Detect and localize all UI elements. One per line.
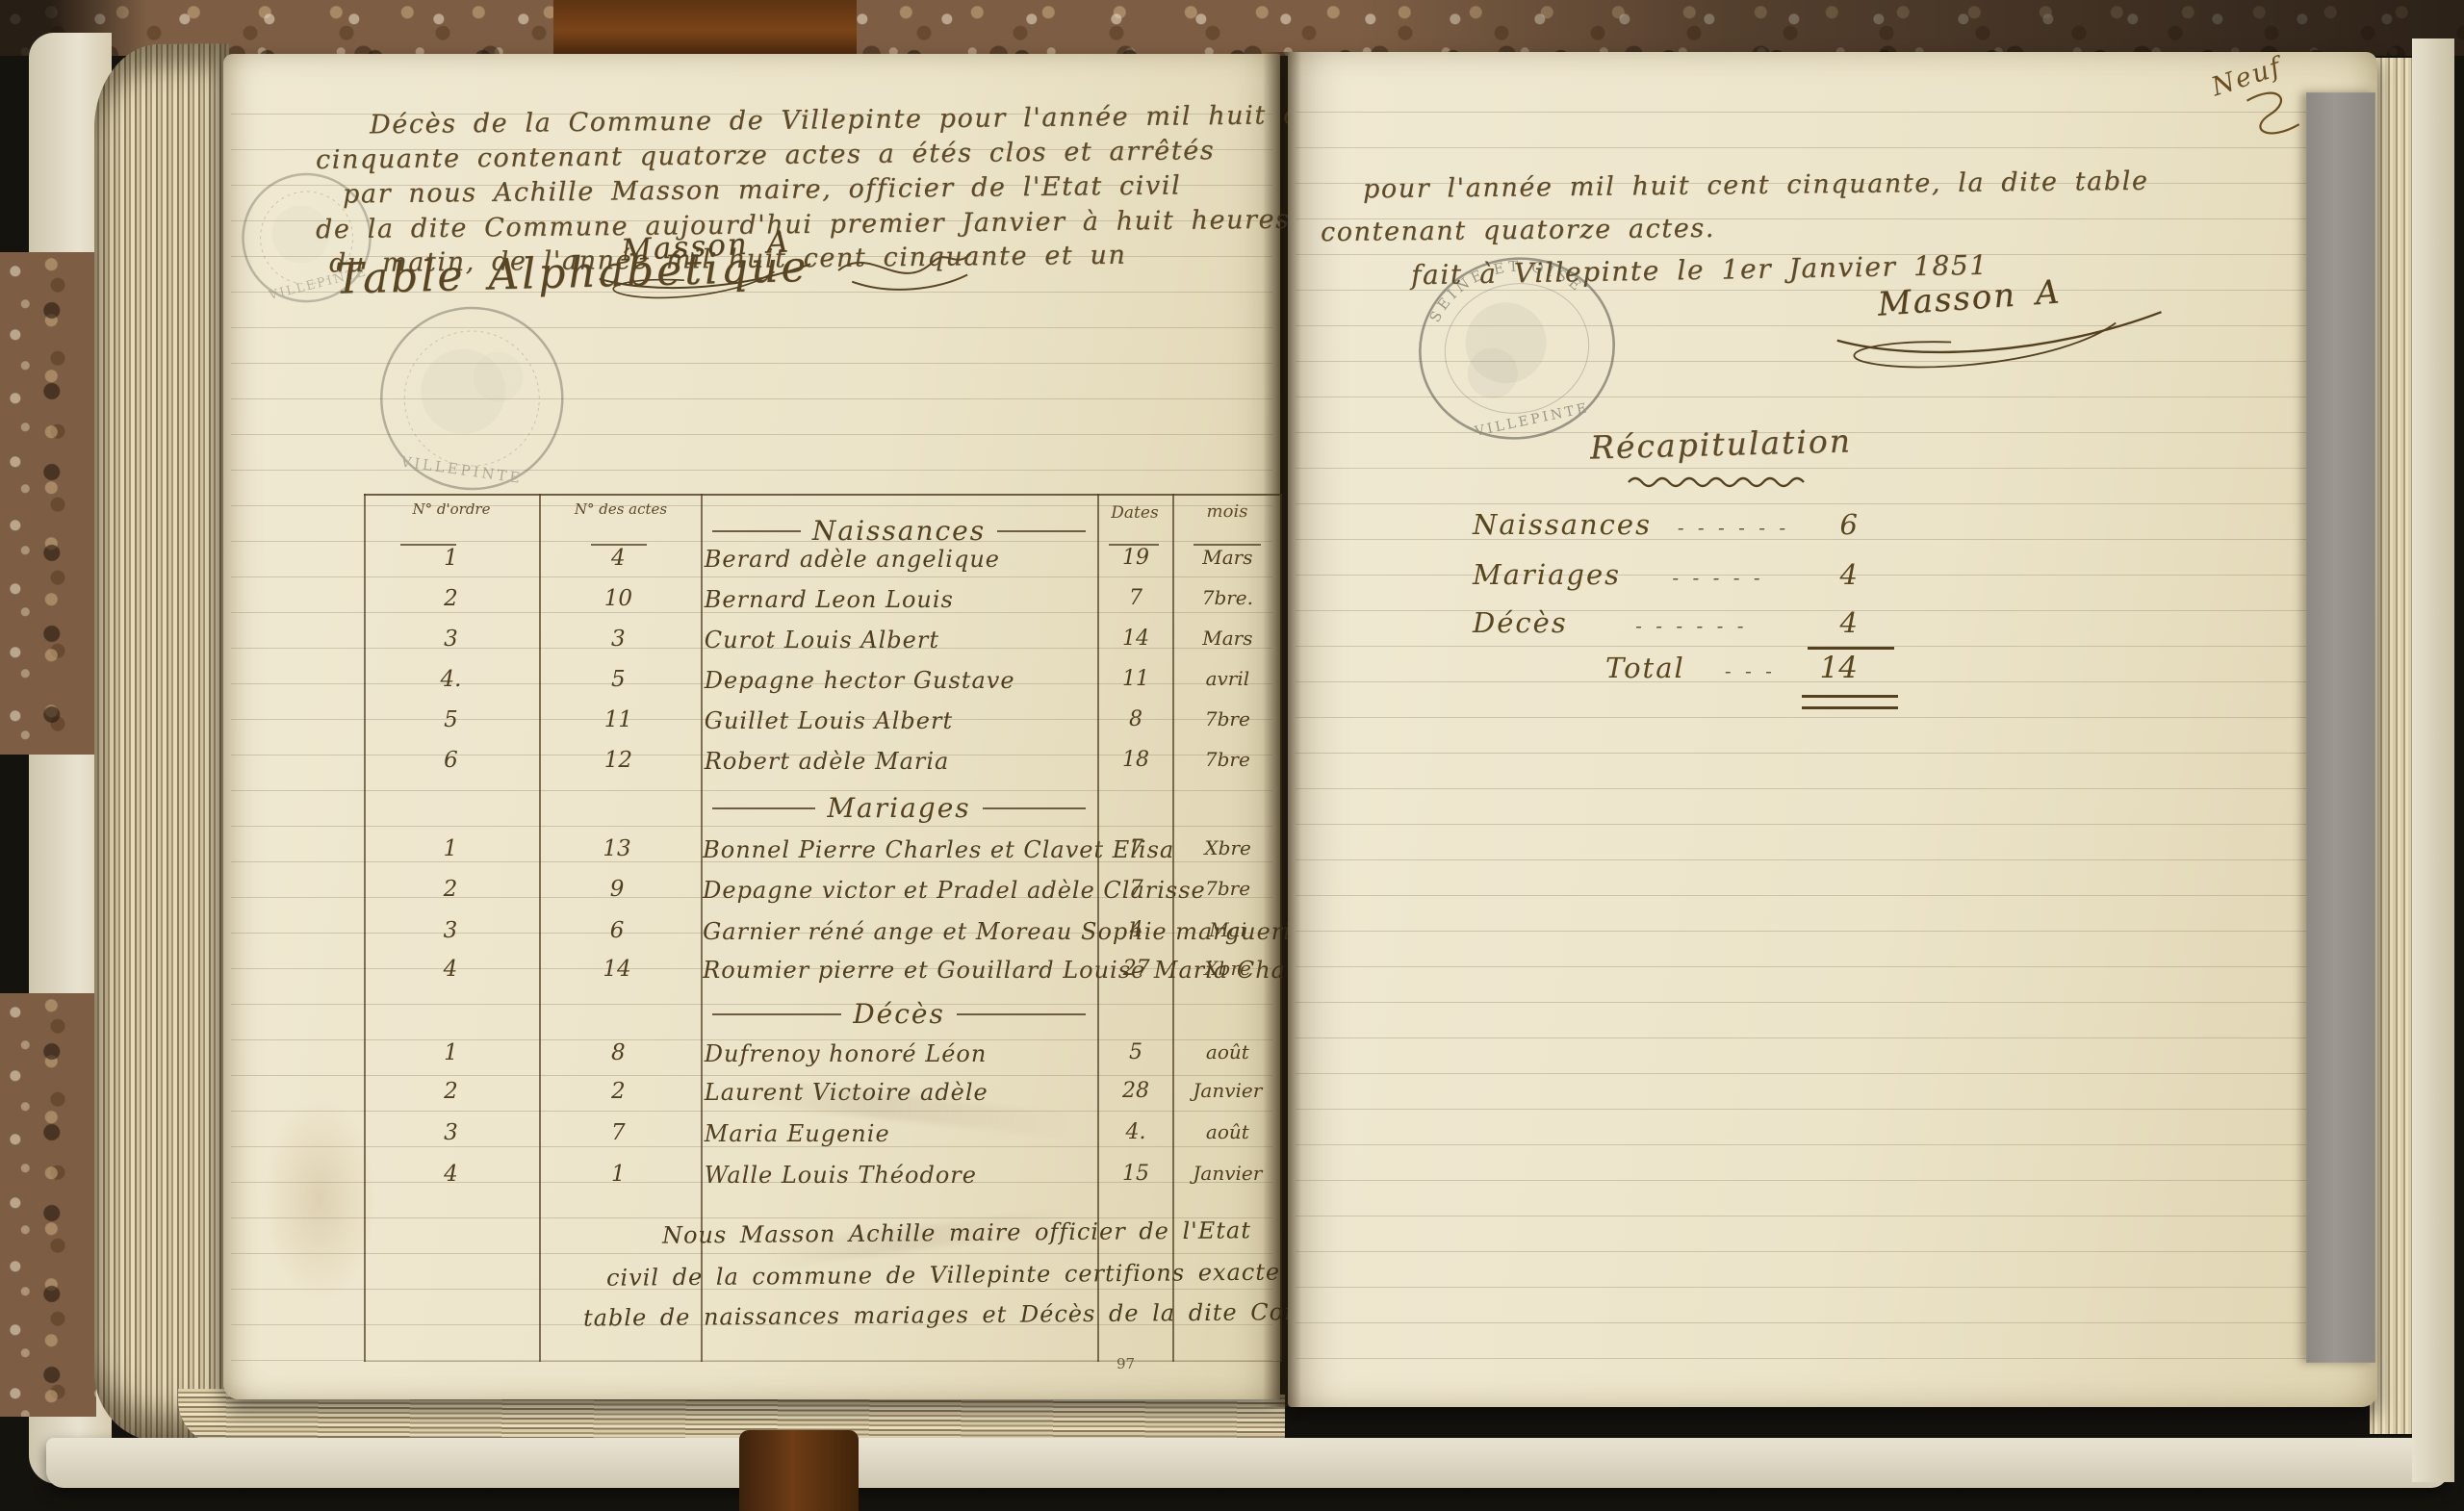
total-double-rule [1802,695,1898,709]
paper-stain [262,1093,377,1305]
section-dash [997,530,1086,532]
recap-title: Récapitulation [1577,422,1866,467]
recap-item: Mariages - - - - - 4 [1473,558,1858,591]
table-border-top [364,494,1282,496]
column-header-act: N° des actes [568,501,674,518]
closure-paragraph-line: par nous Achille Masson maire, officier … [343,170,1182,209]
right-page: Neuf pour l'année mil huit cent cinquant… [1288,52,2377,1407]
column-header-order: N° d'ordre [391,501,512,518]
section-dash [712,530,801,532]
endpaper-right [2412,38,2454,1482]
recap-total: Total - - - 14 [1605,651,1858,685]
register-book-scan: VILLEPINTE VILLEPINTE Décès de la Commun… [0,0,2464,1511]
mairie-stamp-faint-large: VILLEPINTE [356,283,587,517]
stamp-town-text: VILLEPINTE [398,452,524,487]
book-spine-top [553,0,857,56]
folio-number: 97 [1116,1355,1135,1372]
mayor-signature: Masson A [1824,269,2118,382]
continuation-line: contenant quatorze actes. [1321,214,1715,247]
table-row: 414Roumier pierre et Gouillard Louise Ma… [364,957,1282,995]
marbled-cover-left-lower [0,993,96,1417]
section-title-naissances: Naissances [701,515,1097,547]
table-row: 29Depagne victor et Pradel adèle Clariss… [364,877,1282,915]
continuation-line: pour l'année mil huit cent cinquante, la… [1363,166,2149,205]
recap-title-squiggle [1627,474,1809,489]
marbled-cover-left-upper [0,252,96,755]
marbled-cover-top [0,0,2464,56]
certification-line: table de naissances mariages et Décès de… [583,1297,1376,1331]
section-title-mariages: Mariages [701,792,1097,824]
total-sum-line [1808,647,1894,650]
section-dash [983,807,1086,809]
table-row: 4.5Depagne hector Gustave11avril [364,667,1282,705]
closure-paragraph-line: Décès de la Commune de Villepinte pour l… [370,100,1347,141]
endpaper-bottom [46,1438,2449,1488]
closure-paragraph-line: cinquante contenant quatorze actes a été… [316,136,1216,175]
certification-line: Nous Masson Achille maire officier de l'… [662,1216,1251,1248]
gray-insert-strip [2306,92,2375,1363]
table-row: 612Robert adèle Maria187bre [364,748,1282,786]
table-row: 14Berard adèle angelique19Mars [364,546,1282,584]
left-page: VILLEPINTE VILLEPINTE Décès de la Commun… [223,54,1280,1399]
table-row: 41Walle Louis Théodore15Janvier [364,1162,1282,1200]
gutter-shadow [1263,52,1301,1407]
page-edges-stack-left [94,44,229,1443]
column-header-date: Dates [1099,505,1170,522]
recap-item: Naissances - - - - - - 6 [1473,508,1858,541]
section-dash [712,1013,841,1015]
table-border-bottom [364,1361,1282,1362]
table-row: 37Maria Eugenie4.août [364,1120,1282,1159]
table-row: 210Bernard Leon Louis77bre. [364,586,1282,625]
section-dash [712,807,815,809]
table-row: 33Curot Louis Albert14Mars [364,627,1282,665]
table-title-flourish [832,240,977,297]
section-dash [957,1013,1086,1015]
recap-item: Décès - - - - - - 4 [1473,606,1858,639]
book-spine-bottom [739,1430,859,1511]
table-row: 18Dufrenoy honoré Léon5août [364,1040,1282,1079]
table-row: 113Bonnel Pierre Charles et Clavet Elisa… [364,836,1282,875]
alphabetical-table: N° d'ordre N° des actes Dates mois Naiss… [364,494,1282,1362]
corner-annotation: Neuf [2208,50,2310,158]
table-row: 22Laurent Victoire adèle28Janvier [364,1079,1282,1117]
section-title-deces: Décès [701,998,1097,1030]
table-row: 511Guillet Louis Albert87bre [364,707,1282,746]
table-row: 36Garnier réné ange et Moreau Sophie mar… [364,918,1282,957]
